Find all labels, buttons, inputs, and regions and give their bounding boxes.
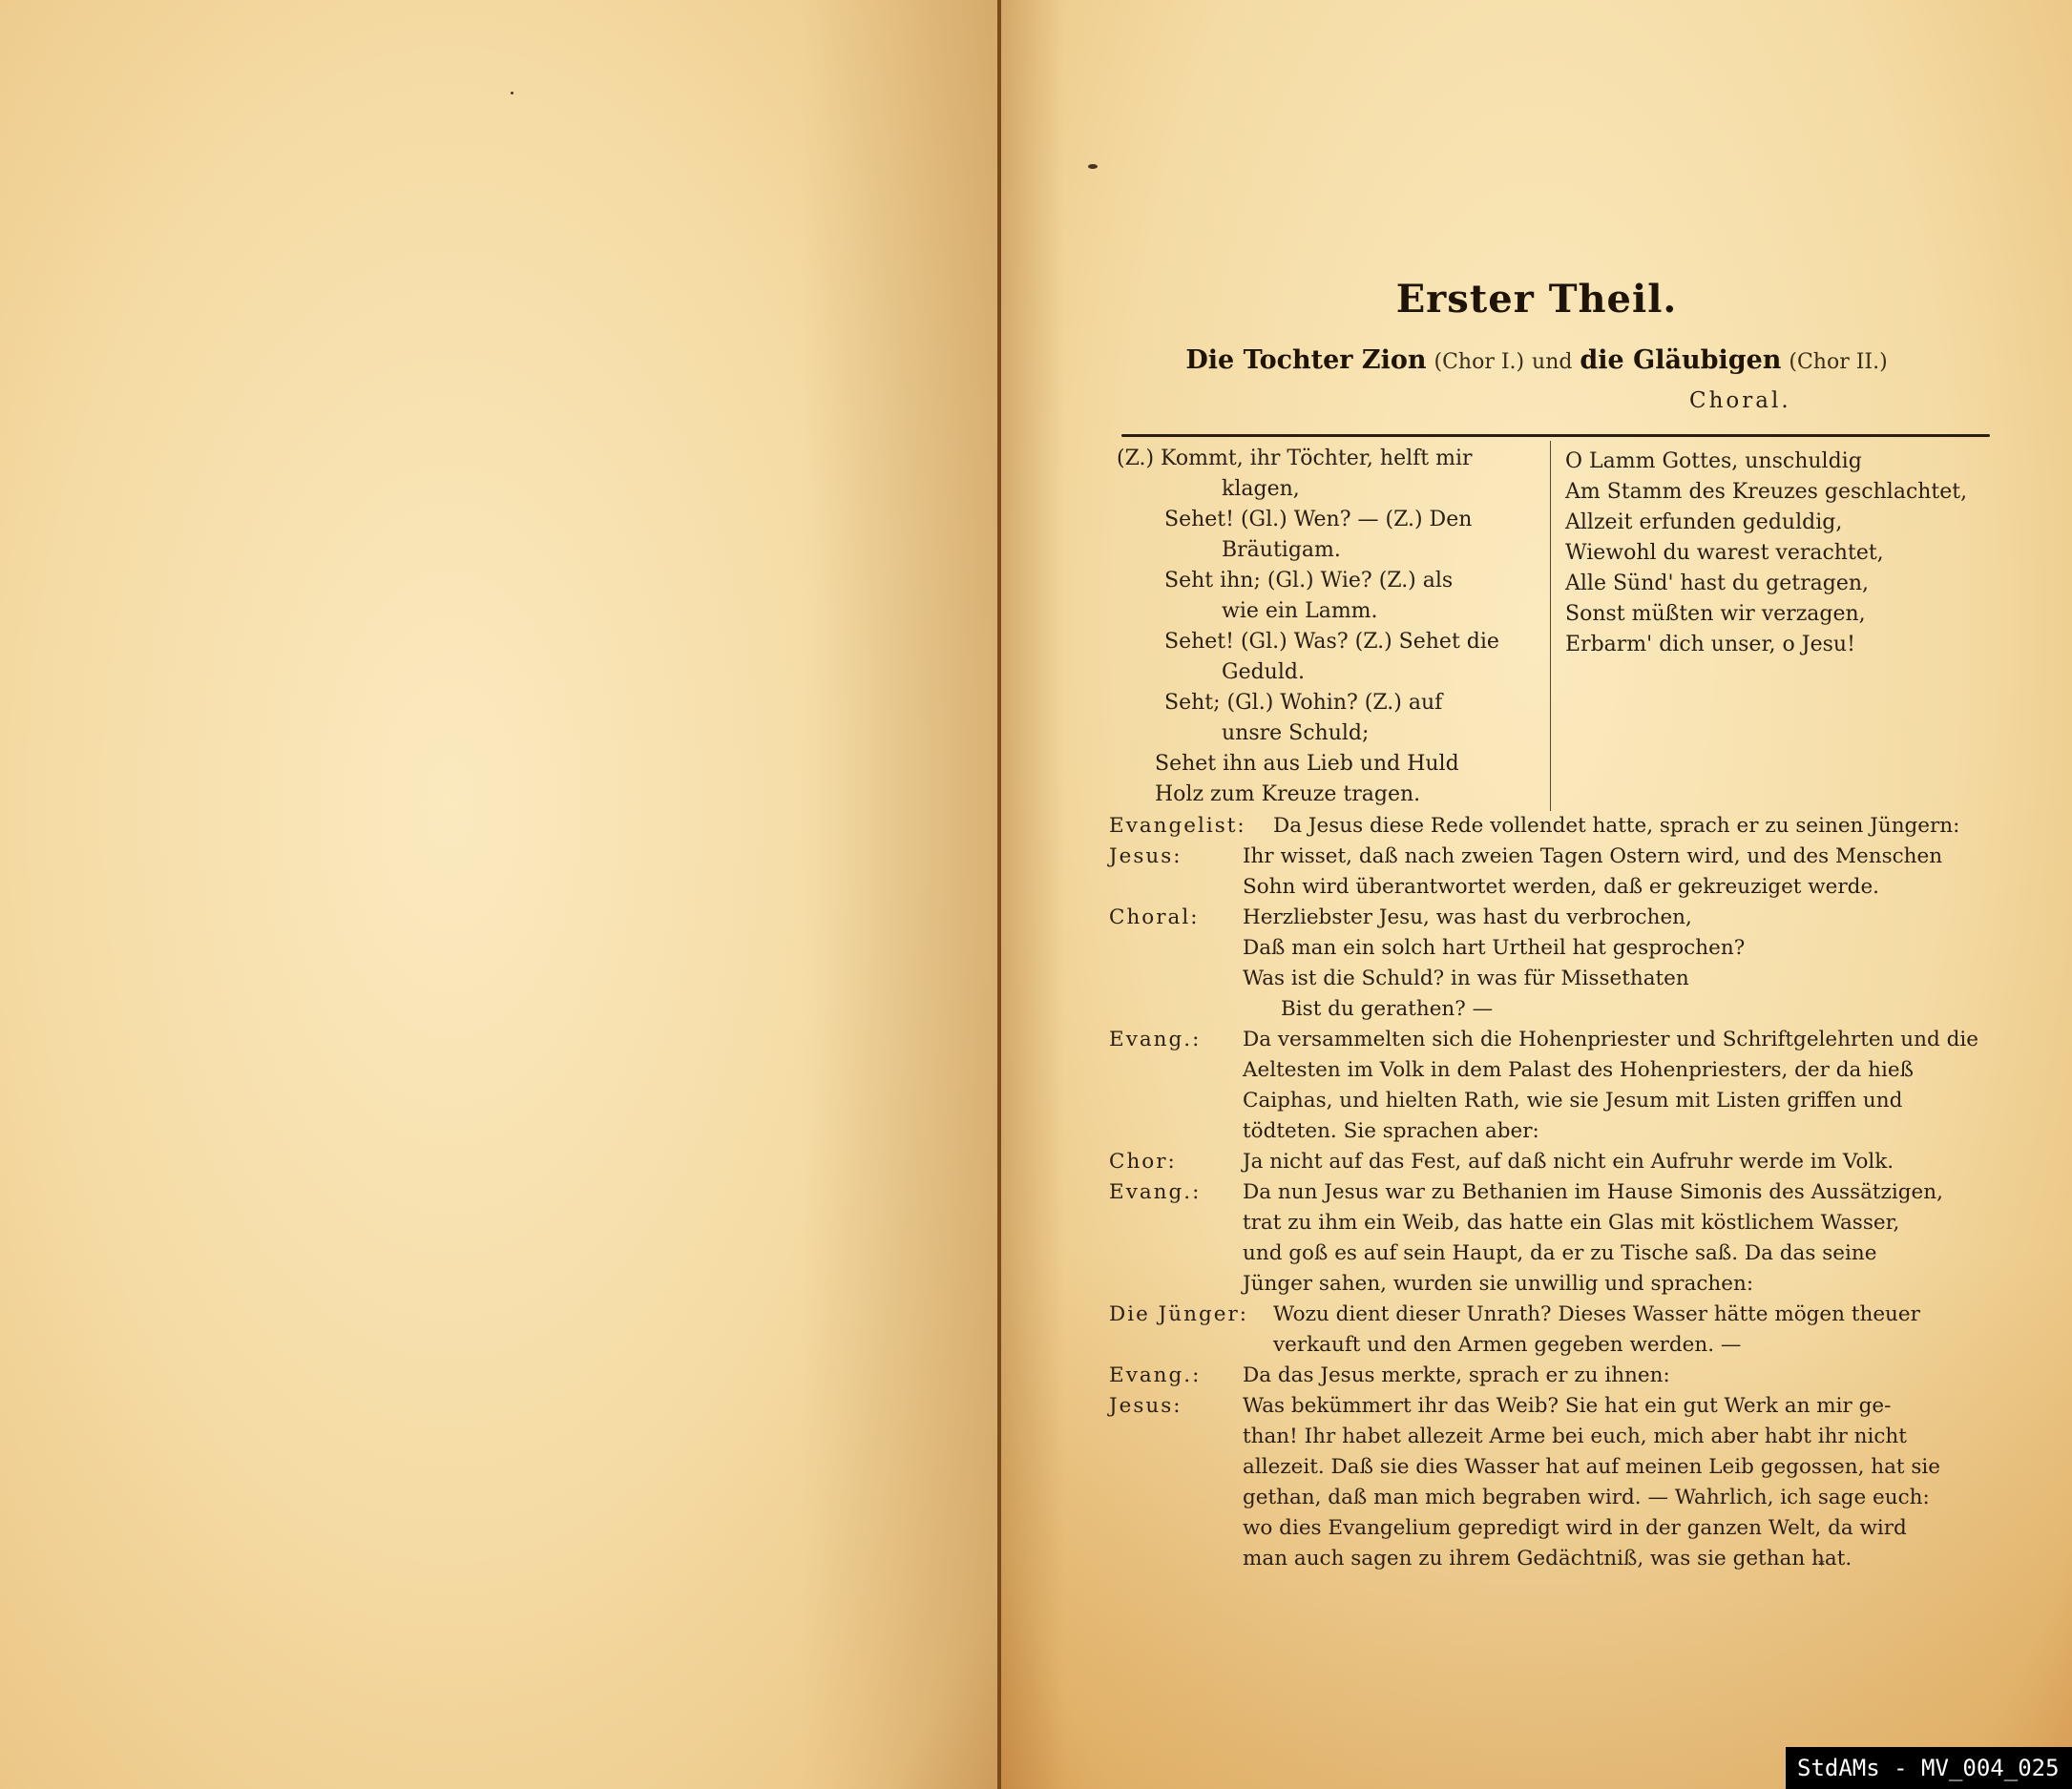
section-title: Erster Theil.	[1107, 277, 1966, 322]
speaker-label: Choral:	[1109, 903, 1243, 1025]
text-line: Ihr wisset, daß nach zweien Tagen Ostern…	[1243, 842, 1987, 872]
text-line: gethan, daß man mich begraben wird. — Wa…	[1243, 1483, 1987, 1513]
text-line: Caiphas, und hielten Rath, wie sie Jesum…	[1243, 1086, 1987, 1116]
text-line: Ja nicht auf das Fest, auf daß nicht ein…	[1243, 1147, 1987, 1177]
left-column-line: (Z.) Kommt, ihr Töchter, helft mir	[1117, 444, 1537, 474]
chorale-line: Allzeit erfunden geduldig,	[1565, 508, 1985, 538]
dialogue-body: Evangelist:Da Jesus diese Rede vollendet…	[1109, 811, 1987, 1574]
text-line: Was bekümmert ihr das Weib? Sie hat ein …	[1243, 1391, 1987, 1422]
text-line: und goß es auf sein Haupt, da er zu Tisc…	[1243, 1238, 1987, 1269]
archive-label: StdAMs - MV_004_025	[1786, 1747, 2072, 1789]
left-column-line: Sehet! (Gl.) Wen? — (Z.) Den	[1117, 505, 1537, 535]
chorale-line: Alle Sünd' hast du getragen,	[1565, 569, 1985, 599]
chorale-line: Sonst müßten wir verzagen,	[1565, 599, 1985, 630]
dialogue-entry: Chor:Ja nicht auf das Fest, auf daß nich…	[1109, 1147, 1987, 1177]
speaker-text: Da versammelten sich die Hohenpriester u…	[1243, 1025, 1987, 1147]
left-column-line: unsre Schuld;	[1117, 718, 1537, 749]
dialogue-entry: Jesus:Was bekümmert ihr das Weib? Sie ha…	[1109, 1391, 1987, 1574]
dialogue-entry: Evang.:Da das Jesus merkte, sprach er zu…	[1109, 1361, 1987, 1391]
speaker-text: Ihr wisset, daß nach zweien Tagen Ostern…	[1243, 842, 1987, 903]
text-line: Da versammelten sich die Hohenpriester u…	[1243, 1025, 1987, 1055]
left-page-blank	[0, 0, 1000, 1789]
chorale-line: Am Stamm des Kreuzes geschlachtet,	[1565, 477, 1985, 508]
left-column-line: Holz zum Kreuze tragen.	[1117, 780, 1537, 810]
text-line: Herzliebster Jesu, was hast du verbroche…	[1243, 903, 1987, 933]
speaker-label: Evangelist:	[1109, 811, 1273, 842]
column-divider	[1550, 441, 1551, 811]
subtitle-daughter-zion: Die Tochter Zion	[1185, 345, 1426, 375]
left-column-line: Seht; (Gl.) Wohin? (Z.) auf	[1117, 688, 1537, 718]
text-line: Wozu dient dieser Unrath? Dieses Wasser …	[1273, 1300, 1987, 1330]
speaker-text: Da das Jesus merkte, sprach er zu ihnen:	[1243, 1361, 1987, 1391]
speaker-label: Evang.:	[1109, 1177, 1243, 1300]
subtitle-chor1: (Chor I.)	[1434, 350, 1524, 374]
speaker-text: Da Jesus diese Rede vollendet hatte, spr…	[1273, 811, 1987, 842]
text-line: allezeit. Daß sie dies Wasser hat auf me…	[1243, 1452, 1987, 1483]
chorale-line: O Lamm Gottes, unschuldig	[1565, 447, 1985, 477]
text-line: Da nun Jesus war zu Bethanien im Hause S…	[1243, 1177, 1987, 1208]
paper-speck	[1088, 164, 1098, 169]
book-gutter	[997, 0, 1001, 1789]
left-column-line: Seht ihn; (Gl.) Wie? (Z.) als	[1117, 566, 1537, 596]
speaker-text: Ja nicht auf das Fest, auf daß nicht ein…	[1243, 1147, 1987, 1177]
dialogue-entry: Evang.:Da nun Jesus war zu Bethanien im …	[1109, 1177, 1987, 1300]
right-column-chorale: O Lamm Gottes, unschuldigAm Stamm des Kr…	[1565, 447, 1985, 660]
section-rule	[1121, 434, 1990, 437]
speaker-label: Jesus:	[1109, 842, 1243, 903]
dialogue-entry: Evangelist:Da Jesus diese Rede vollendet…	[1109, 811, 1987, 842]
dialogue-entry: Evang.:Da versammelten sich die Hohenpri…	[1109, 1025, 1987, 1147]
speaker-text: Da nun Jesus war zu Bethanien im Hause S…	[1243, 1177, 1987, 1300]
text-line: verkauft und den Armen gegeben werden. —	[1273, 1330, 1987, 1361]
speaker-text: Herzliebster Jesu, was hast du verbroche…	[1243, 903, 1987, 1025]
left-column-line: Sehet ihn aus Lieb und Huld	[1117, 749, 1537, 780]
left-column-line: Geduld.	[1117, 657, 1537, 688]
speaker-text: Was bekümmert ihr das Weib? Sie hat ein …	[1243, 1391, 1987, 1574]
text-line: Sohn wird überantwortet werden, daß er g…	[1243, 872, 1987, 903]
left-column-line: Sehet! (Gl.) Was? (Z.) Sehet die	[1117, 627, 1537, 657]
speaker-label: Chor:	[1109, 1147, 1243, 1177]
speaker-text: Wozu dient dieser Unrath? Dieses Wasser …	[1273, 1300, 1987, 1361]
speaker-label: Evang.:	[1109, 1025, 1243, 1147]
text-line: Da das Jesus merkte, sprach er zu ihnen:	[1243, 1361, 1987, 1391]
text-line: Daß man ein solch hart Urtheil hat gespr…	[1243, 933, 1987, 964]
show-through-ghost-text	[38, 219, 954, 327]
left-column-line: klagen,	[1117, 474, 1537, 505]
paper-speck	[511, 92, 513, 94]
text-line: tödteten. Sie sprachen aber:	[1243, 1116, 1987, 1147]
dialogue-entry: Jesus:Ihr wisset, daß nach zweien Tagen …	[1109, 842, 1987, 903]
dialogue-entry: Die Jünger:Wozu dient dieser Unrath? Die…	[1109, 1300, 1987, 1361]
text-line: trat zu ihm ein Weib, das hatte ein Glas…	[1243, 1208, 1987, 1238]
left-column-line: Bräutigam.	[1117, 535, 1537, 566]
chorale-line: Erbarm' dich unser, o Jesu!	[1565, 630, 1985, 660]
speaker-label: Jesus:	[1109, 1391, 1243, 1574]
subtitle-chor2: (Chor II.)	[1789, 350, 1887, 374]
text-line: Bist du gerathen? —	[1243, 994, 1987, 1025]
subtitle-and: und	[1532, 350, 1572, 374]
speaker-label: Evang.:	[1109, 1361, 1243, 1391]
text-line: than! Ihr habet allezeit Arme bei euch, …	[1243, 1422, 1987, 1452]
text-line: wo dies Evangelium gepredigt wird in der…	[1243, 1513, 1987, 1544]
speaker-label: Die Jünger:	[1109, 1300, 1273, 1361]
signature-mark: *	[1818, 1558, 1825, 1573]
chorale-line: Wiewohl du warest verachtet,	[1565, 538, 1985, 569]
text-line: Jünger sahen, wurden sie unwillig und sp…	[1243, 1269, 1987, 1300]
choral-label: Choral.	[1689, 388, 1791, 413]
text-line: Aeltesten im Volk in dem Palast des Hohe…	[1243, 1055, 1987, 1086]
text-line: Was ist die Schuld? in was für Missethat…	[1243, 964, 1987, 994]
section-subtitle: Die Tochter Zion (Chor I.) und die Gläub…	[1107, 345, 1966, 375]
subtitle-believers: die Gläubigen	[1580, 345, 1781, 375]
text-line: man auch sagen zu ihrem Gedächtniß, was …	[1243, 1544, 1987, 1574]
dialogue-entry: Choral:Herzliebster Jesu, was hast du ve…	[1109, 903, 1987, 1025]
left-column-dialogue: (Z.) Kommt, ihr Töchter, helft mirklagen…	[1117, 444, 1537, 810]
left-column-line: wie ein Lamm.	[1117, 596, 1537, 627]
text-line: Da Jesus diese Rede vollendet hatte, spr…	[1273, 811, 1987, 842]
